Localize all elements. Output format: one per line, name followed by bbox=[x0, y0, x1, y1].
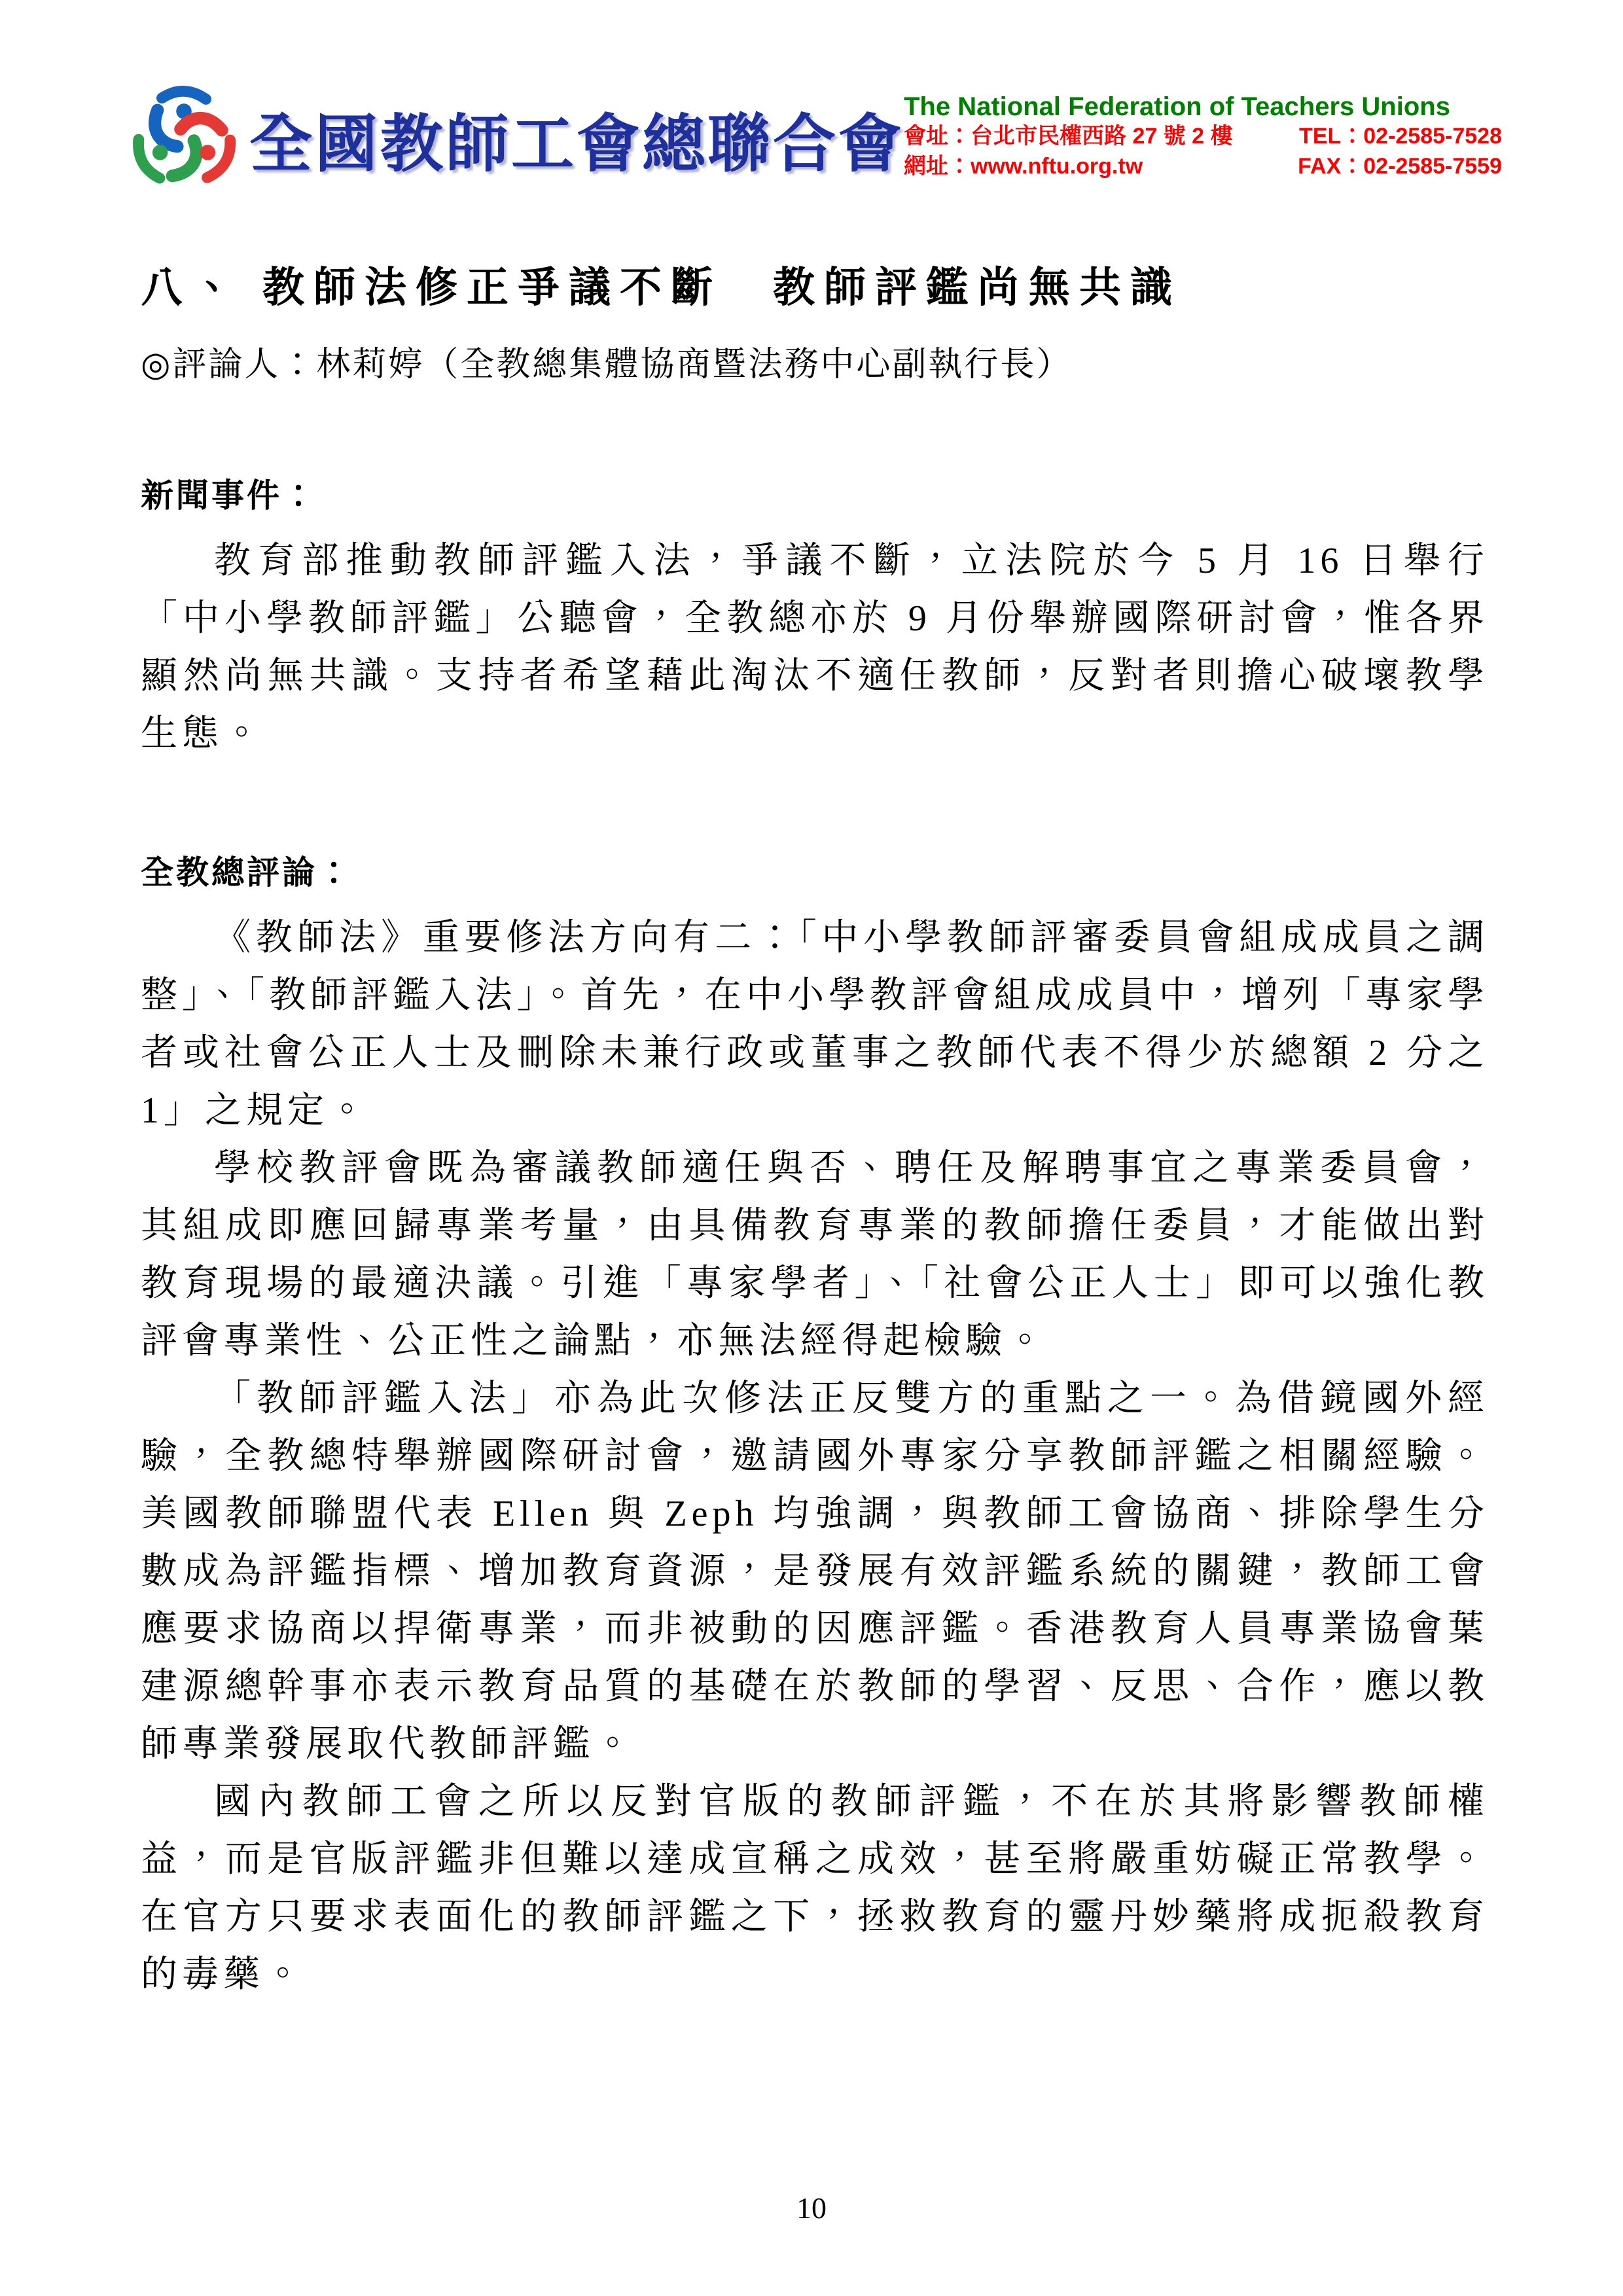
page-number: 10 bbox=[0, 2191, 1623, 2225]
nftu-emblem-icon bbox=[128, 84, 240, 194]
contact-row-1: 會址：台北市民權西路 27 號 2 樓 TEL：02-2585-7528 bbox=[904, 122, 1502, 152]
section-heading-commentary: 全教總評論： bbox=[141, 846, 1489, 893]
org-name-zh: 全國教師工會總聯合會 bbox=[249, 113, 904, 176]
paragraph: 教育部推動教師評鑑入法，爭議不斷，立法院於今 5 月 16 日舉行「中小學教師評… bbox=[141, 532, 1489, 762]
article-content: 八、 教師法修正爭議不斷 教師評鑑尚無共識 ◎評論人：林莉婷（全教總集體協商暨法… bbox=[141, 254, 1489, 2003]
org-address: 會址：台北市民權西路 27 號 2 樓 bbox=[904, 122, 1233, 152]
paragraph: 《教師法》重要修法方向有二：「中小學教師評審委員會組成成員之調整」、「教師評鑑入… bbox=[141, 909, 1489, 1139]
org-tel: TEL：02-2585-7528 bbox=[1299, 122, 1502, 152]
section-heading-news: 新聞事件： bbox=[141, 469, 1489, 516]
paragraph: 學校教評會既為審議教師適任與否、聘任及解聘事宜之專業委員會，其組成即應回歸專業考… bbox=[141, 1139, 1489, 1370]
paragraph: 國內教師工會之所以反對官版的教師評鑑，不在於其將影響教師權益，而是官版評鑑非但難… bbox=[141, 1773, 1489, 2003]
page-header: 全國教師工會總聯合會 The National Federation of Te… bbox=[128, 84, 1502, 194]
nftu-logo: 全國教師工會總聯合會 bbox=[128, 84, 904, 194]
article-title: 八、 教師法修正爭議不斷 教師評鑑尚無共識 bbox=[141, 254, 1489, 314]
paragraph: 「教師評鑑入法」亦為此次修法正反雙方的重點之一。為借鏡國外經驗，全教總特舉辦國際… bbox=[141, 1370, 1489, 1773]
org-contact-block: The National Federation of Teachers Unio… bbox=[904, 92, 1502, 182]
org-name-en: The National Federation of Teachers Unio… bbox=[904, 92, 1502, 122]
org-fax: FAX：02-2585-7559 bbox=[1298, 152, 1502, 182]
contact-row-2: 網址：www.nftu.org.tw FAX：02-2585-7559 bbox=[904, 152, 1502, 182]
author-line: ◎評論人：林莉婷（全教總集體協商暨法務中心副執行長） bbox=[141, 336, 1489, 386]
document-page: 全國教師工會總聯合會 The National Federation of Te… bbox=[0, 0, 1623, 2296]
org-website: 網址：www.nftu.org.tw bbox=[904, 152, 1143, 182]
